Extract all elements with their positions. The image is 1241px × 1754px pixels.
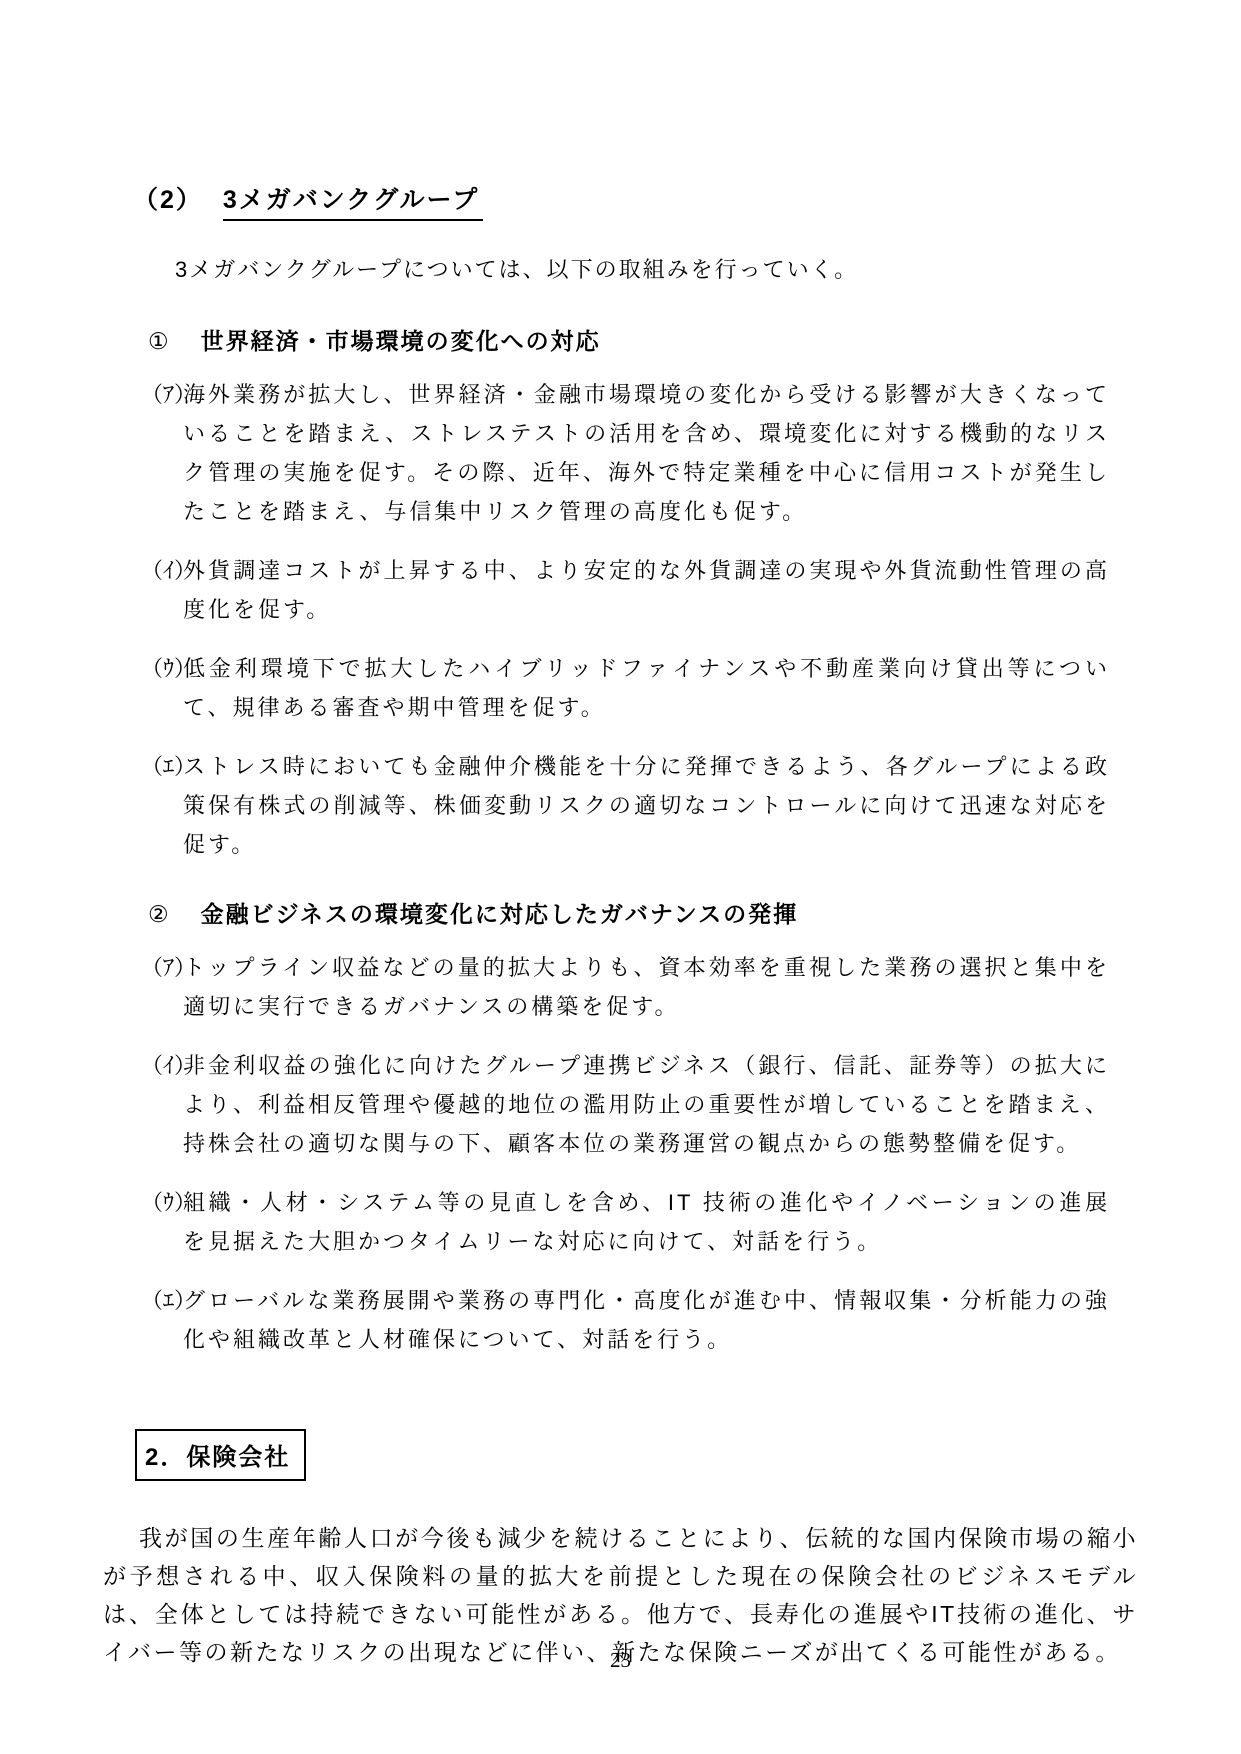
list-item: （ｴ）ストレス時においても金融仲介機能を十分に発揮できるよう、各グループによる政… xyxy=(141,747,1110,864)
item-text: 非金利収益の強化に向けたグループ連携ビジネス（銀行、信託、証券等）の拡大により、… xyxy=(183,1053,1110,1156)
intro-paragraph: 3メガバンクグループについては、以下の取組みを行っていく。 xyxy=(175,257,1110,283)
circled-number-1: ① xyxy=(148,328,171,354)
circled-number-2: ② xyxy=(148,901,171,927)
subsection-1-title: 世界経済・市場環境の変化への対応 xyxy=(201,328,601,354)
item-text: 低金利環境下で拡大したハイブリッドファイナンスや不動産業向け貸出等について、規律… xyxy=(183,656,1110,720)
document-page: （2）3メガバンクグループ 3メガバンクグループについては、以下の取組みを行って… xyxy=(0,0,1241,1754)
section-heading-number: （2） xyxy=(133,186,203,214)
subsection-2-heading: ②金融ビジネスの環境変化に対応したガバナンスの発揮 xyxy=(148,900,1110,928)
list-item: （ｴ）グローバルな業務展開や業務の専門化・高度化が進む中、情報収集・分析能力の強… xyxy=(141,1281,1110,1359)
item-label: （ｱ） xyxy=(141,375,196,414)
list-item: （ｱ）トップライン収益などの量的拡大よりも、資本効率を重視した業務の選択と集中を… xyxy=(141,948,1110,1026)
section-heading-insurance: 2．保険会社 xyxy=(135,1429,306,1481)
item-label: （ｴ） xyxy=(141,1281,196,1320)
item-text: ストレス時においても金融仲介機能を十分に発揮できるよう、各グループによる政策保有… xyxy=(183,754,1110,857)
page-number: 23 xyxy=(0,1648,1241,1673)
list-item: （ｱ）海外業務が拡大し、世界経済・金融市場環境の変化から受ける影響が大きくなって… xyxy=(141,375,1110,531)
item-label: （ｱ） xyxy=(141,948,196,987)
list-item: （ｳ）低金利環境下で拡大したハイブリッドファイナンスや不動産業向け貸出等について… xyxy=(141,649,1110,727)
item-text: 組織・人材・システム等の見直しを含め、IT 技術の進化やイノベーションの進展を見… xyxy=(183,1190,1110,1254)
item-label: （ｲ） xyxy=(141,1046,196,1085)
section-heading-megabank: （2）3メガバンクグループ xyxy=(133,185,1110,215)
item-label: （ｳ） xyxy=(141,649,196,688)
item-text: トップライン収益などの量的拡大よりも、資本効率を重視した業務の選択と集中を適切に… xyxy=(183,955,1110,1019)
item-label: （ｳ） xyxy=(141,1183,196,1222)
list-item: （ｲ）外貨調達コストが上昇する中、より安定的な外貨調達の実現や外貨流動性管理の高… xyxy=(141,551,1110,629)
list-item: （ｲ）非金利収益の強化に向けたグループ連携ビジネス（銀行、信託、証券等）の拡大に… xyxy=(141,1046,1110,1163)
item-text: 外貨調達コストが上昇する中、より安定的な外貨調達の実現や外貨流動性管理の高度化を… xyxy=(183,558,1110,622)
item-label: （ｴ） xyxy=(141,747,196,786)
list-item: （ｳ）組織・人材・システム等の見直しを含め、IT 技術の進化やイノベーションの進… xyxy=(141,1183,1110,1261)
section-heading-title: 3メガバンクグループ xyxy=(223,186,483,221)
item-label: （ｲ） xyxy=(141,551,196,590)
subsection-2-title: 金融ビジネスの環境変化に対応したガバナンスの発揮 xyxy=(201,901,798,927)
item-text: グローバルな業務展開や業務の専門化・高度化が進む中、情報収集・分析能力の強化や組… xyxy=(183,1288,1110,1352)
item-text: 海外業務が拡大し、世界経済・金融市場環境の変化から受ける影響が大きくなっているこ… xyxy=(183,382,1110,524)
subsection-1-heading: ①世界経済・市場環境の変化への対応 xyxy=(148,327,1110,355)
